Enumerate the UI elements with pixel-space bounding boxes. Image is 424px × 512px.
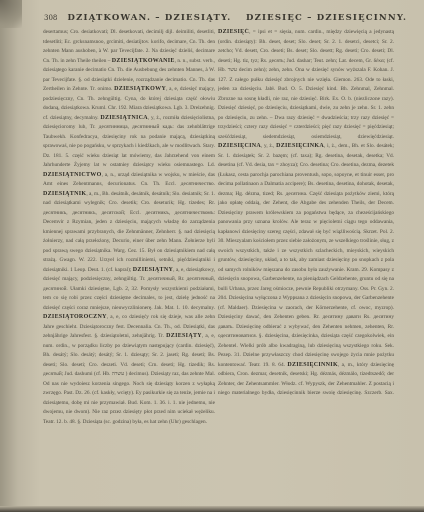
right-running-head-text: DZIESIĘC – DZIESIĘCINNY.: [246, 13, 407, 23]
entry-headword: DZIESIĘCINKA: [276, 143, 324, 149]
entry-text: , y, ż.,: [261, 143, 276, 149]
page-number: 308: [44, 14, 57, 22]
entry-headword: DZIESIĄTKOWANIE: [112, 58, 175, 64]
dictionary-page: 308 DZIĄTKOWAN. – DZIESIĄTY. DZIESIĘC – …: [0, 0, 424, 512]
entry-text: , y, ż., rozmiła dziesięciolistna, dzies…: [43, 115, 215, 169]
right-column: DZIESIĘĆ, = ipsi et = sięsia, num. cardi…: [218, 28, 394, 398]
entry-headword: DZIESIĘCINNIK: [287, 362, 338, 368]
entry-text: , a, e, dziesiątkowy, dziesięć mający, p…: [43, 267, 215, 311]
left-running-head-text: DZIĄTKOWAN. – DZIESIĄTY.: [68, 13, 232, 23]
entry-headword: DZIESIĄTY: [166, 333, 202, 339]
left-running-head: 308 DZIĄTKOWAN. – DZIESIĄTY.: [44, 13, 231, 25]
entry-text: , i, ż., dem., Bh. et Slo. desátek; Sr. …: [218, 143, 394, 368]
entry-headword: DZIESIĘĆ: [218, 29, 249, 35]
entry-headword: DZIESIĄTKOWY: [114, 86, 166, 92]
right-running-head: DZIESIĘC – DZIESIĘCINNY.: [246, 13, 407, 25]
entry-headword: DZIESIĄTNICA: [100, 115, 148, 121]
entry-headword: DZIESIĘCINA: [218, 143, 261, 149]
entry-text: , = ipsi et = sięsia, num. cardin., międ…: [218, 29, 394, 140]
entry-text: , a, e, num. ordin., w porządku liczby p…: [43, 333, 215, 425]
entry-headword: DZIESIĄTNIK: [43, 191, 86, 197]
entry-headword: DZIESIĄTOROCZNY: [43, 314, 107, 320]
left-column: desertamus; Cro. desiatkovati; Dl. deset…: [43, 28, 215, 426]
entry-headword: DZIESIĄTNY: [133, 267, 173, 273]
page-bottom-edge: [0, 506, 424, 512]
entry-text: , a, m., Bh. desátník, desátník, desátní…: [43, 191, 215, 273]
page-corner-shadow: [0, 0, 22, 28]
entry-headword: DZIESIĄTNICTWO: [43, 172, 102, 178]
